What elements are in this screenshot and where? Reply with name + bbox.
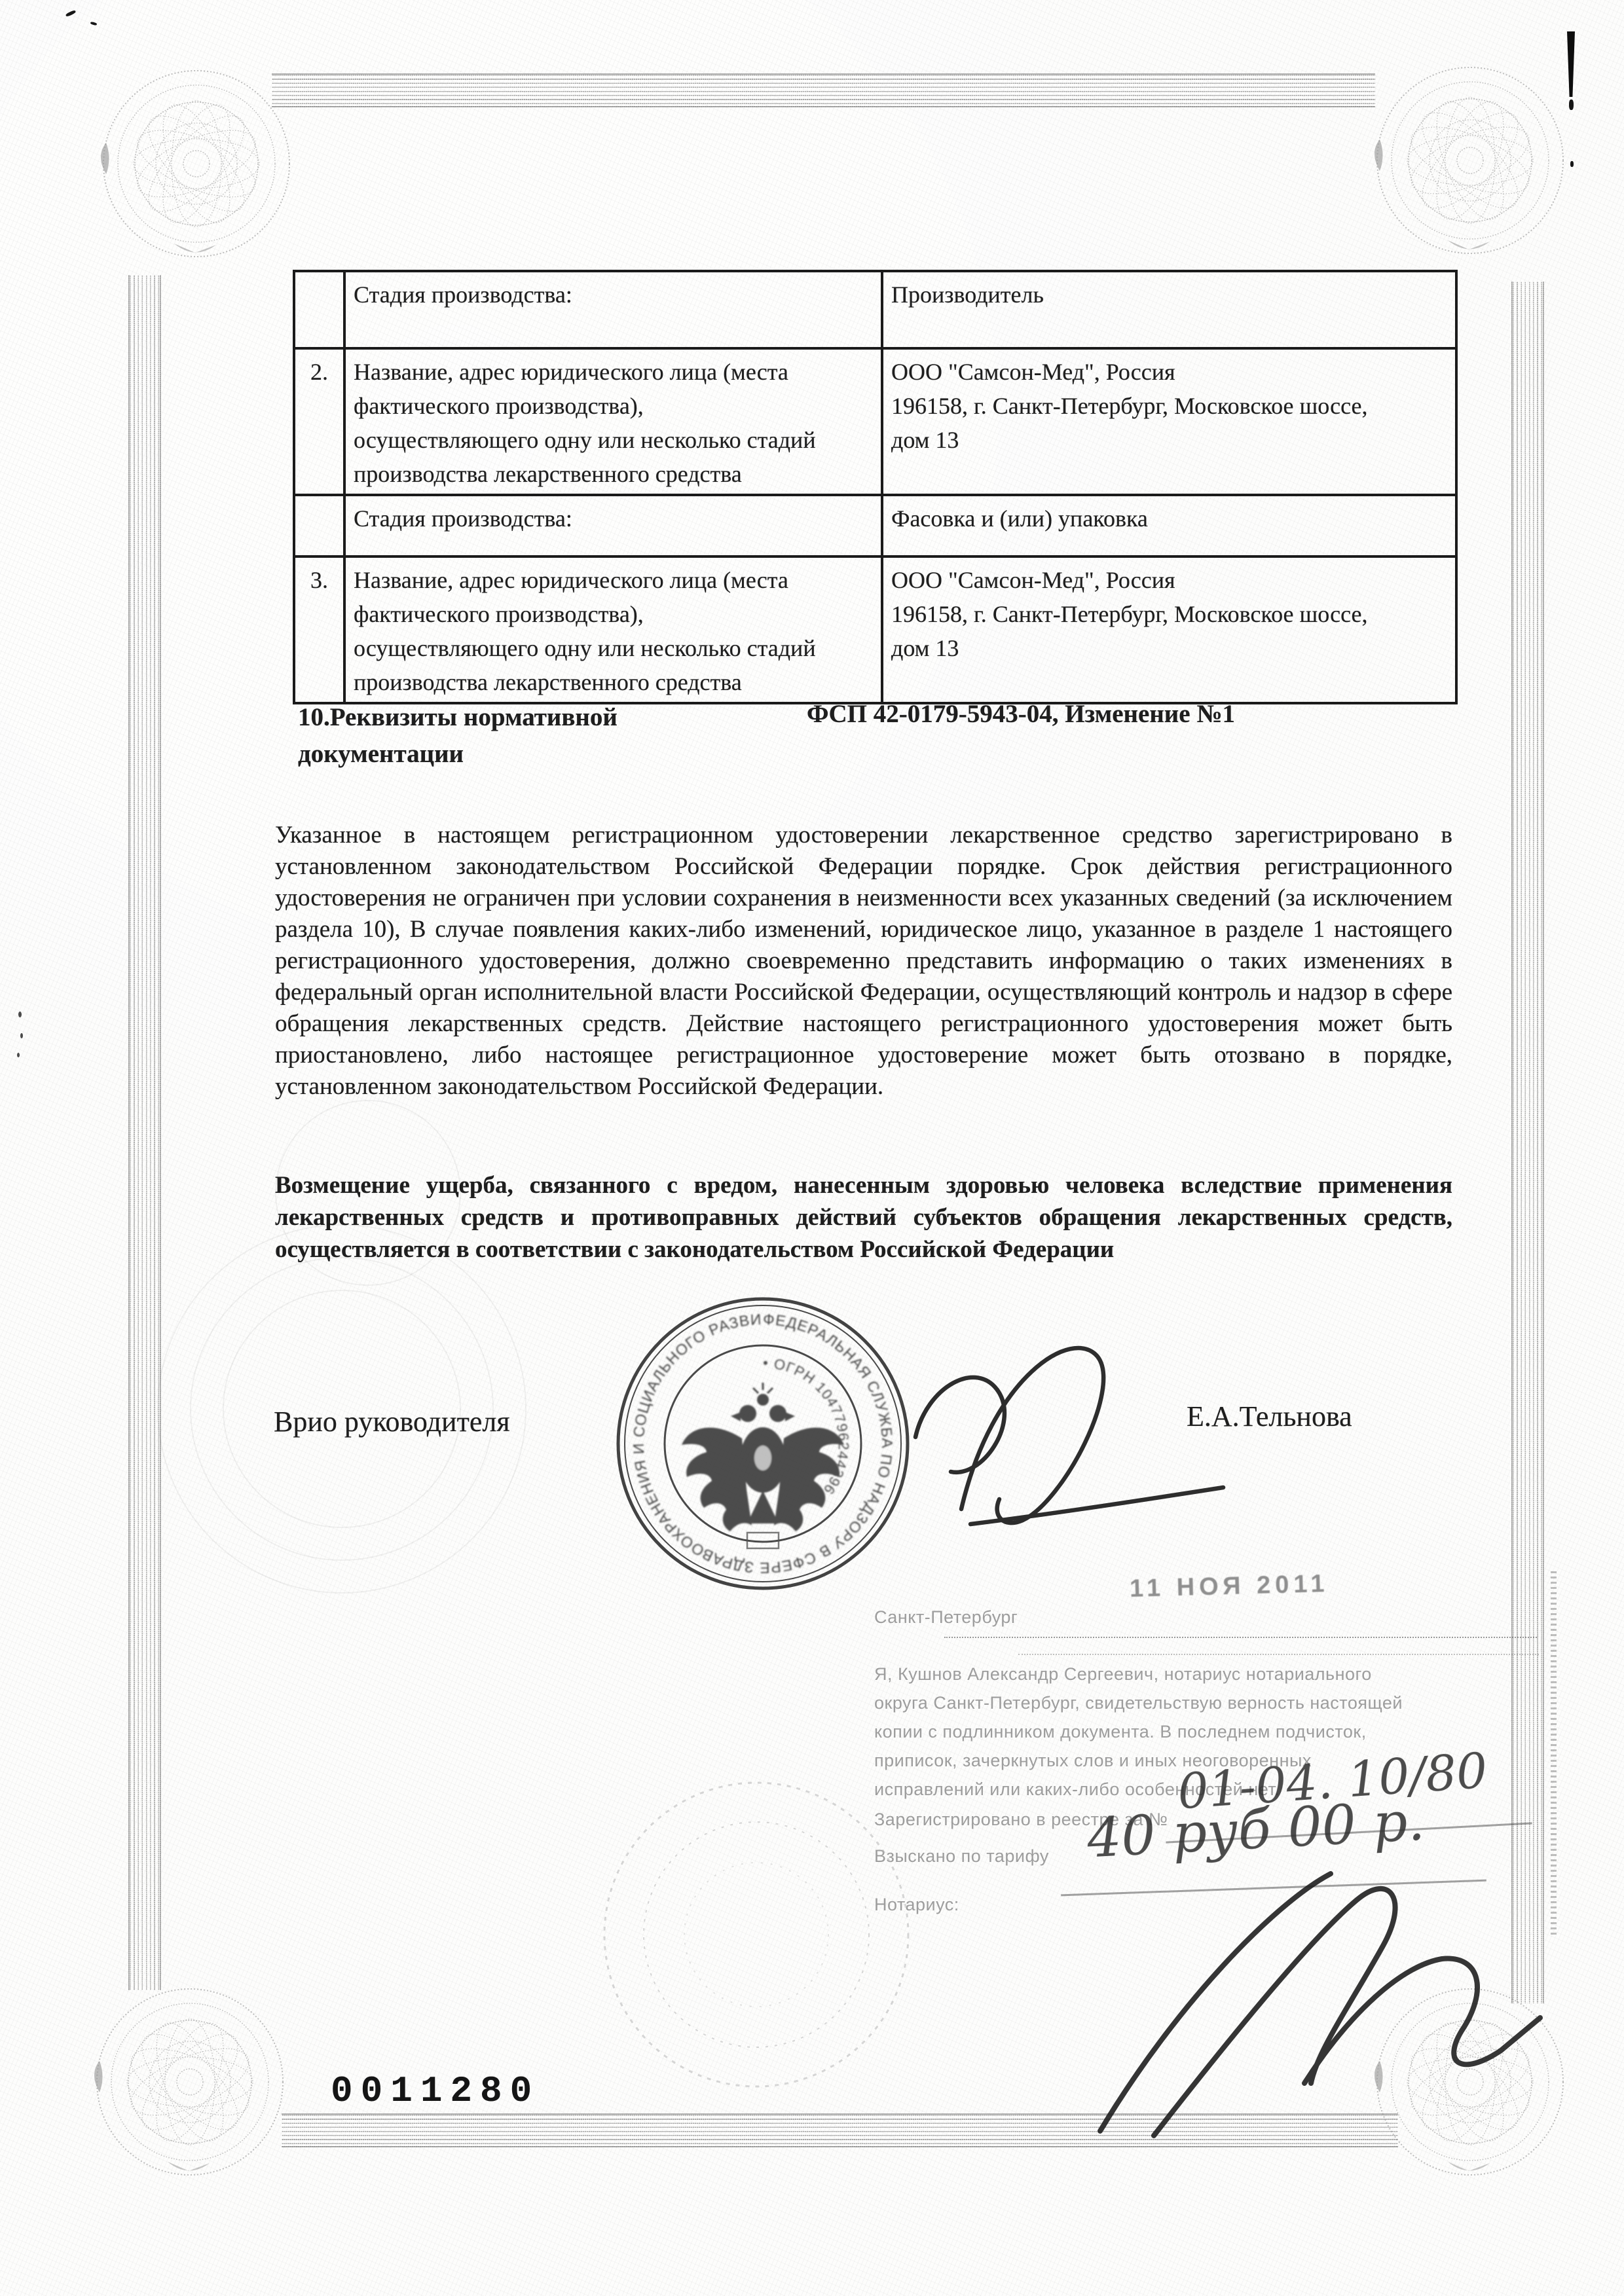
form-serial-number: 0011280 <box>331 2070 540 2112</box>
scanned-certificate-page: Стадия производства: Производитель 2. На… <box>0 0 1624 2296</box>
faint-round-stamp <box>593 1771 920 2098</box>
